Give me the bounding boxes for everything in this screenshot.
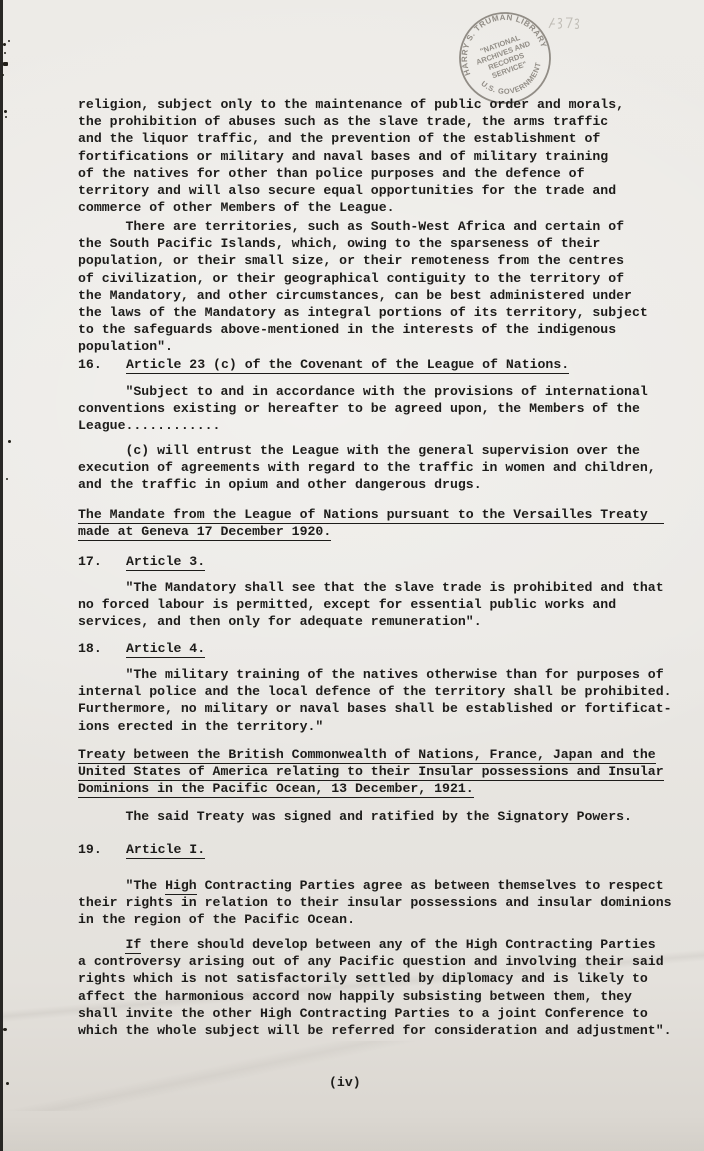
heading-title-underlined: Treaty between the British Commonwealth … — [78, 747, 664, 798]
paragraph-military-training: "The military training of the natives ot… — [78, 666, 690, 735]
paragraph-text: religion, subject only to the maintenanc… — [78, 97, 624, 215]
heading-treaty-pacific: Treaty between the British Commonwealth … — [78, 746, 690, 798]
paragraph-religion-continuation: religion, subject only to the maintenanc… — [78, 96, 690, 216]
paragraph-territories: There are territories, such as South-Wes… — [78, 218, 690, 356]
scan-speck — [5, 116, 7, 118]
paragraph-text: "The military training of the natives ot… — [78, 667, 672, 734]
paragraph-mandatory-slave-trade: "The Mandatory shall see that the slave … — [78, 579, 690, 631]
scan-speck — [6, 1082, 9, 1085]
heading-item-18: 18.Article 4. — [78, 640, 690, 657]
paragraph-entrust-league: (c) will entrust the League with the gen… — [78, 442, 690, 494]
heading-title-underlined: Article I. — [126, 842, 205, 859]
scan-speck — [6, 478, 8, 480]
heading-item-16: 16.Article 23 (c) of the Covenant of the… — [78, 356, 690, 373]
heading-number: 17. — [78, 553, 126, 570]
paragraph-text: (c) will entrust the League with the gen… — [78, 443, 656, 492]
heading-number: 16. — [78, 356, 126, 373]
heading-title-underlined: The Mandate from the League of Nations p… — [78, 507, 664, 541]
paragraph-text: The said Treaty was signed and ratified … — [78, 809, 632, 824]
scan-speck — [3, 1028, 7, 1031]
scan-speck — [4, 110, 7, 113]
paragraph-high-contracting-parties: "The High Contracting Parties agree as b… — [78, 877, 690, 929]
paragraph-subject-to: "Subject to and in accordance with the p… — [78, 383, 690, 435]
heading-number: 19. — [78, 841, 126, 858]
page-number: (iv) — [329, 1074, 361, 1091]
paragraph-text: There are territories, such as South-Wes… — [78, 219, 648, 354]
scan-speck — [2, 74, 4, 76]
heading-item-19: 19.Article I. — [78, 841, 690, 858]
scan-speck — [8, 40, 10, 42]
scan-speck — [3, 62, 8, 66]
heading-item-17: 17.Article 3. — [78, 553, 690, 570]
scan-speck — [3, 43, 6, 46]
heading-title-underlined: Article 3. — [126, 554, 205, 571]
paragraph-text — [78, 937, 125, 952]
scan-speck — [4, 52, 6, 54]
underlined-word: If — [125, 937, 141, 954]
paragraph-text: "The Mandatory shall see that the slave … — [78, 580, 664, 629]
paragraph-text: "Subject to and in accordance with the p… — [78, 384, 648, 433]
paragraph-said-treaty: The said Treaty was signed and ratified … — [78, 808, 690, 825]
pencil-mark — [546, 12, 582, 36]
heading-title-underlined: Article 4. — [126, 641, 205, 658]
heading-mandate-league-nations: The Mandate from the League of Nations p… — [78, 506, 690, 540]
paragraph-if-controversy: If there should develop between any of t… — [78, 936, 690, 1039]
scan-edge-shadow — [0, 0, 3, 1151]
underlined-word: High — [165, 878, 197, 895]
paragraph-text: there should develop between any of the … — [78, 937, 672, 1038]
heading-title-underlined: Article 23 (c) of the Covenant of the Le… — [126, 357, 569, 374]
paragraph-text: "The — [78, 878, 165, 893]
heading-number: 18. — [78, 640, 126, 657]
scan-speck — [8, 440, 11, 443]
